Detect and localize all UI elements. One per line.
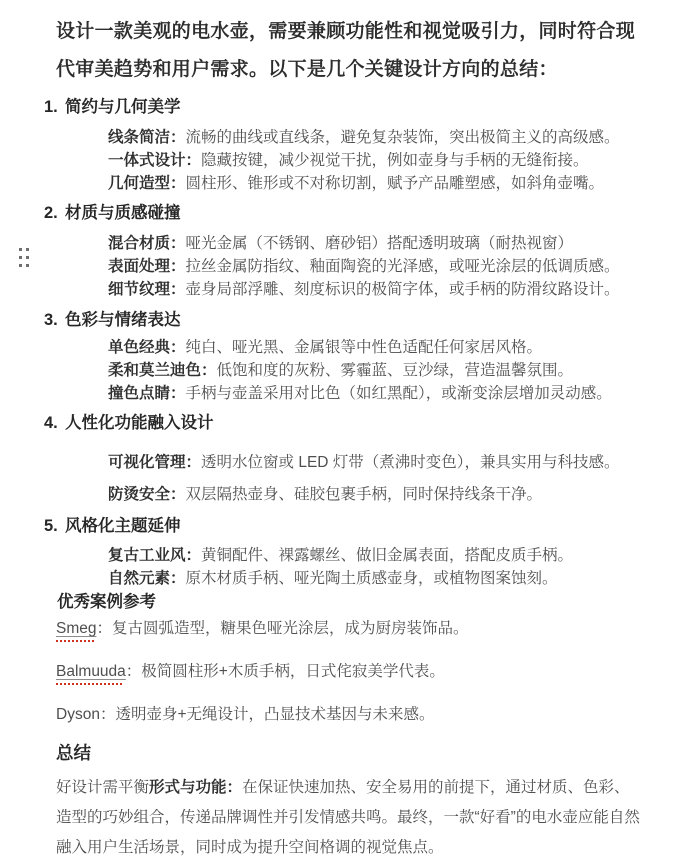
section-title: 风格化主题延伸	[65, 514, 181, 538]
item-label: 几何造型：	[108, 175, 186, 192]
item-label: 混合材质：	[108, 235, 186, 252]
section-items: 复古工业风：黄铜配件、裸露螺丝、做旧金属表面，搭配皮质手柄。 自然元素：原木材质…	[108, 544, 693, 590]
summary-heading: 总结	[56, 741, 693, 765]
list-item: 复古工业风：黄铜配件、裸露螺丝、做旧金属表面，搭配皮质手柄。	[108, 544, 693, 567]
summary-bold: 形式与功能：	[149, 779, 242, 796]
item-label: 自然元素：	[108, 570, 186, 587]
section-style-theme: 5. 风格化主题延伸 复古工业风：黄铜配件、裸露螺丝、做旧金属表面，搭配皮质手柄…	[44, 514, 693, 590]
section-material-texture: 2. 材质与质感碰撞 混合材质：哑光金属（不锈钢、磨砂铝）搭配透明玻璃（耐热视窗…	[44, 201, 693, 301]
list-item: 细节纹理：壶身局部浮雕、刻度标识的极简字体，或手柄的防滑纹路设计。	[108, 278, 693, 301]
item-text: 隐藏按键，减少视觉干扰，例如壶身与手柄的无缝衔接。	[201, 152, 589, 169]
item-label: 一体式设计：	[108, 152, 201, 169]
case-balmuuda: Balmuuda：极简圆柱形+木质手柄，日式侘寂美学代表。	[56, 660, 693, 683]
item-text: 黄铜配件、裸露螺丝、做旧金属表面，搭配皮质手柄。	[201, 547, 573, 564]
document-body: 设计一款美观的电水壶，需要兼顾功能性和视觉吸引力，同时符合现代审美趋势和用户需求…	[0, 12, 693, 862]
list-item: 线条简洁：流畅的曲线或直线条，避免复杂装饰，突出极简主义的高级感。	[108, 126, 693, 149]
list-item: 表面处理：拉丝金属防指纹、釉面陶瓷的光泽感，或哑光涂层的低调质感。	[108, 255, 693, 278]
summary-lead: 好设计需平衡	[56, 779, 149, 796]
section-items: 混合材质：哑光金属（不锈钢、磨砂铝）搭配透明玻璃（耐热视窗） 表面处理：拉丝金属…	[108, 232, 693, 301]
section-heading: 2. 材质与质感碰撞	[44, 201, 693, 225]
item-text: 流畅的曲线或直线条，避免复杂装饰，突出极简主义的高级感。	[186, 129, 620, 146]
section-number: 3.	[44, 308, 65, 332]
list-item: 可视化管理：透明水位窗或 LED 灯带（煮沸时变色），兼具实用与科技感。	[108, 451, 693, 474]
item-label: 细节纹理：	[108, 281, 186, 298]
section-title: 材质与质感碰撞	[65, 201, 181, 225]
section-humanized-function: 4. 人性化功能融入设计 可视化管理：透明水位窗或 LED 灯带（煮沸时变色），…	[44, 411, 693, 506]
intro-paragraph: 设计一款美观的电水壶，需要兼顾功能性和视觉吸引力，同时符合现代审美趋势和用户需求…	[56, 12, 640, 88]
item-label: 可视化管理：	[108, 454, 201, 471]
item-text: 低饱和度的灰粉、雾霾蓝、豆沙绿，营造温馨氛围。	[217, 362, 574, 379]
section-color-emotion: 3. 色彩与情绪表达 单色经典：纯白、哑光黑、金属银等中性色适配任何家居风格。 …	[44, 308, 693, 405]
item-text: 壶身局部浮雕、刻度标识的极简字体，或手柄的防滑纹路设计。	[186, 281, 620, 298]
list-item: 自然元素：原木材质手柄、哑光陶土质感壶身，或植物图案蚀刻。	[108, 567, 693, 590]
item-text: 纯白、哑光黑、金属银等中性色适配任何家居风格。	[186, 339, 543, 356]
item-text: 拉丝金属防指纹、釉面陶瓷的光泽感，或哑光涂层的低调质感。	[186, 258, 620, 275]
spellcheck-underline: Smeg	[56, 620, 97, 637]
drag-handle-icon[interactable]	[19, 248, 29, 267]
item-label: 撞色点睛：	[108, 385, 186, 402]
case-smeg: Smeg：复古圆弧造型，糖果色哑光涂层，成为厨房装饰品。	[56, 617, 693, 640]
cases-heading: 优秀案例参考	[57, 590, 693, 614]
section-heading: 3. 色彩与情绪表达	[44, 308, 693, 332]
section-items: 可视化管理：透明水位窗或 LED 灯带（煮沸时变色），兼具实用与科技感。 防烫安…	[108, 451, 693, 506]
brand-name: Smeg	[56, 620, 97, 637]
list-item: 混合材质：哑光金属（不锈钢、磨砂铝）搭配透明玻璃（耐热视窗）	[108, 232, 693, 255]
case-dyson: Dyson：透明壶身+无绳设计，凸显技术基因与未来感。	[56, 703, 693, 726]
item-text: 原木材质手柄、哑光陶土质感壶身，或植物图案蚀刻。	[186, 570, 558, 587]
section-title: 人性化功能融入设计	[65, 411, 214, 435]
item-text: 透明水位窗或 LED 灯带（煮沸时变色），兼具实用与科技感。	[201, 454, 620, 471]
section-heading: 4. 人性化功能融入设计	[44, 411, 693, 435]
list-item: 单色经典：纯白、哑光黑、金属银等中性色适配任何家居风格。	[108, 336, 693, 359]
section-heading: 5. 风格化主题延伸	[44, 514, 693, 538]
section-number: 5.	[44, 514, 65, 538]
item-text: 圆柱形、锥形或不对称切割，赋予产品雕塑感，如斜角壶嘴。	[186, 175, 605, 192]
list-item: 撞色点睛：手柄与壶盖采用对比色（如红黑配），或渐变涂层增加灵动感。	[108, 382, 693, 405]
case-text: ：复古圆弧造型，糖果色哑光涂层，成为厨房装饰品。	[97, 620, 469, 637]
section-number: 1.	[44, 95, 65, 119]
item-label: 防烫安全：	[108, 486, 186, 503]
item-label: 表面处理：	[108, 258, 186, 275]
list-item: 柔和莫兰迪色：低饱和度的灰粉、雾霾蓝、豆沙绿，营造温馨氛围。	[108, 359, 693, 382]
section-title: 色彩与情绪表达	[65, 308, 181, 332]
section-items: 单色经典：纯白、哑光黑、金属银等中性色适配任何家居风格。 柔和莫兰迪色：低饱和度…	[108, 336, 693, 405]
case-text: ：透明壶身+无绳设计，凸显技术基因与未来感。	[100, 706, 435, 723]
item-label: 单色经典：	[108, 339, 186, 356]
section-heading: 1. 简约与几何美学	[44, 95, 693, 119]
brand-name: Dyson	[56, 706, 100, 723]
item-text: 双层隔热壶身、硅胶包裹手柄，同时保持线条干净。	[186, 486, 543, 503]
item-label: 复古工业风：	[108, 547, 201, 564]
section-number: 4.	[44, 411, 65, 435]
section-minimal-geometry: 1. 简约与几何美学 线条简洁：流畅的曲线或直线条，避免复杂装饰，突出极简主义的…	[44, 95, 693, 195]
list-item: 一体式设计：隐藏按键，减少视觉干扰，例如壶身与手柄的无缝衔接。	[108, 149, 693, 172]
case-text: ：极简圆柱形+木质手柄，日式侘寂美学代表。	[126, 663, 445, 680]
list-item: 防烫安全：双层隔热壶身、硅胶包裹手柄，同时保持线条干净。	[108, 483, 693, 506]
item-text: 哑光金属（不锈钢、磨砂铝）搭配透明玻璃（耐热视窗）	[186, 235, 574, 252]
section-number: 2.	[44, 201, 65, 225]
section-items: 线条简洁：流畅的曲线或直线条，避免复杂装饰，突出极简主义的高级感。 一体式设计：…	[108, 126, 693, 195]
item-label: 柔和莫兰迪色：	[108, 362, 217, 379]
item-label: 线条简洁：	[108, 129, 186, 146]
spellcheck-underline: Balmuuda	[56, 663, 126, 680]
brand-name: Balmuuda	[56, 663, 126, 680]
list-item: 几何造型：圆柱形、锥形或不对称切割，赋予产品雕塑感，如斜角壶嘴。	[108, 172, 693, 195]
section-title: 简约与几何美学	[65, 95, 181, 119]
summary-paragraph: 好设计需平衡形式与功能：在保证快速加热、安全易用的前提下，通过材质、色彩、造型的…	[56, 773, 640, 862]
item-text: 手柄与壶盖采用对比色（如红黑配），或渐变涂层增加灵动感。	[186, 385, 612, 402]
